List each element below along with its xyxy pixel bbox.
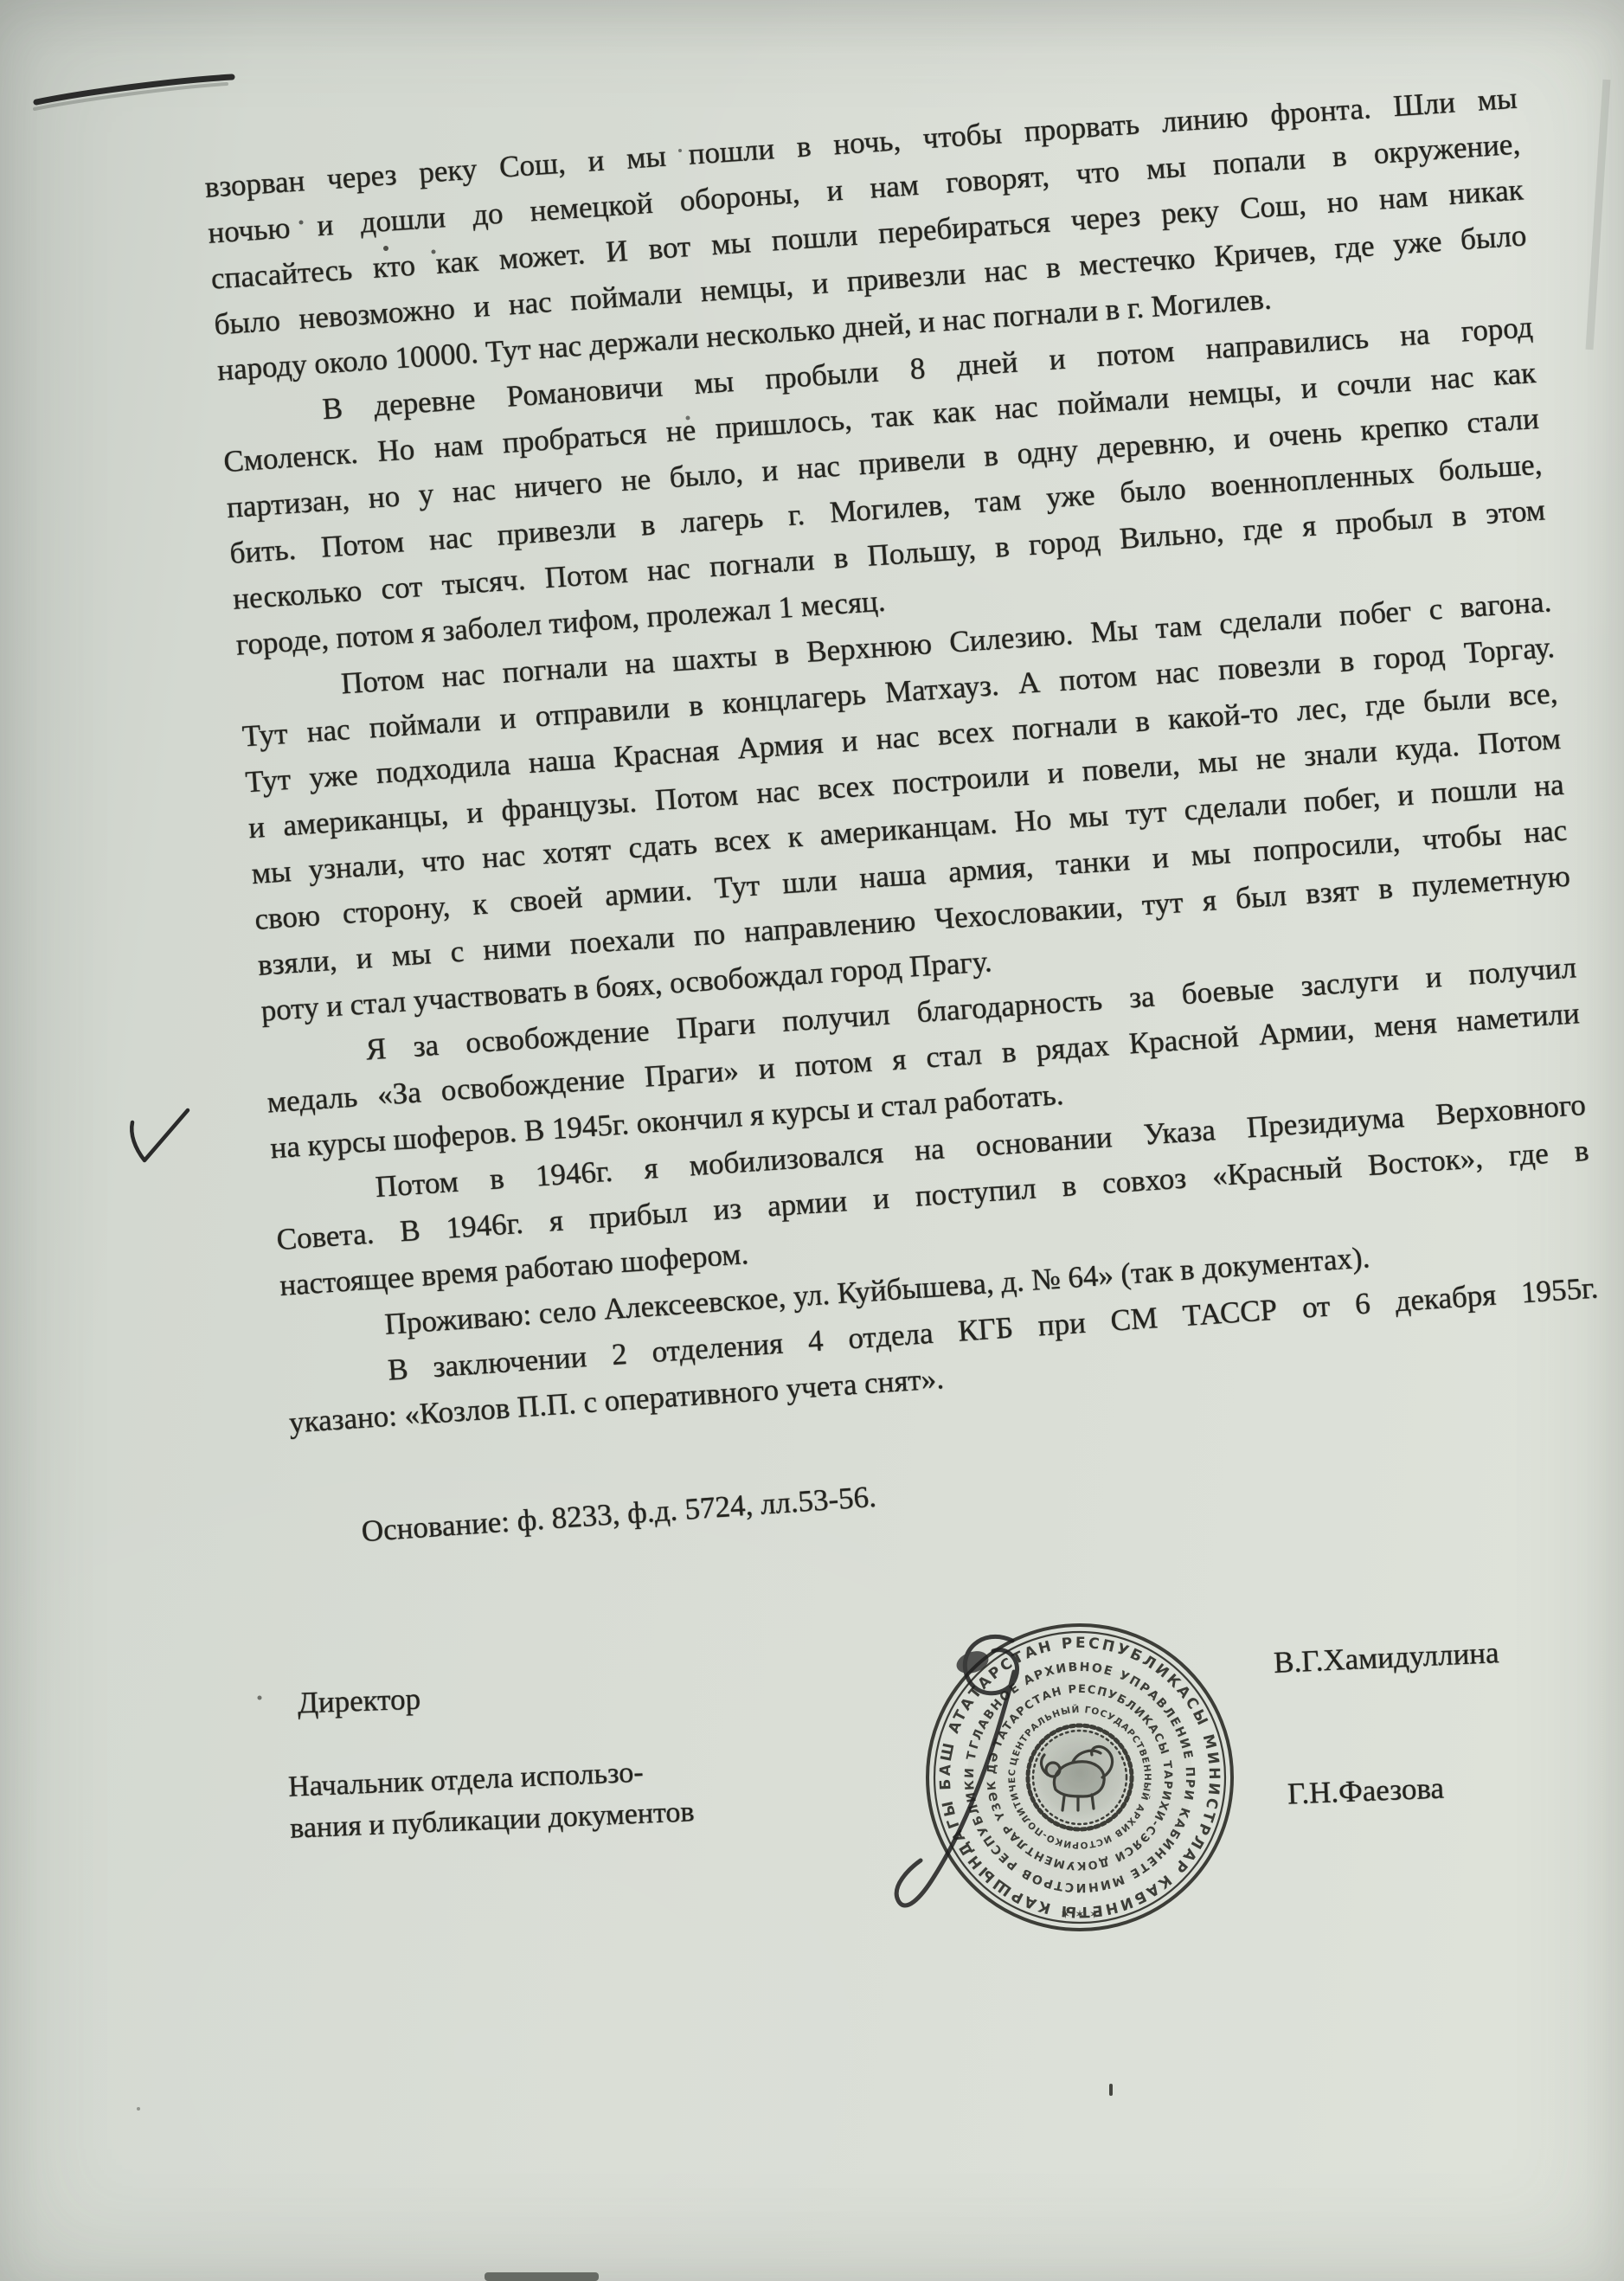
basis-reference-line: Основание: ф. 8233, ф.д. 5724, лл.53-56. bbox=[295, 1423, 1610, 1558]
signature-title-director: Директор bbox=[297, 1679, 421, 1725]
stamp-bottom-stars: ✶ ✶ ✶ bbox=[1061, 1908, 1100, 1922]
signature-name-faezova: Г.Н.Фаезова bbox=[1287, 1768, 1445, 1815]
scanned-document-page: взорван через реку Сош, и мы пошли в ноч… bbox=[0, 0, 1624, 2281]
right-edge-streak bbox=[1589, 80, 1607, 350]
signature-name-khamidullina: В.Г.Хамидуллина bbox=[1273, 1632, 1499, 1684]
signature-title-department-head: Начальник отдела использо- вания и публи… bbox=[287, 1750, 695, 1849]
top-left-pen-stroke bbox=[35, 77, 232, 109]
document-body: взорван через реку Сош, и мы пошли в ноч… bbox=[203, 75, 1610, 1559]
archive-round-stamp: ТАТАРСТАН РЕСПУБЛИКАСЫ МИНИСТРЛАР КАБИНЕ… bbox=[915, 1613, 1244, 1942]
margin-checkmark-icon bbox=[132, 1110, 188, 1160]
